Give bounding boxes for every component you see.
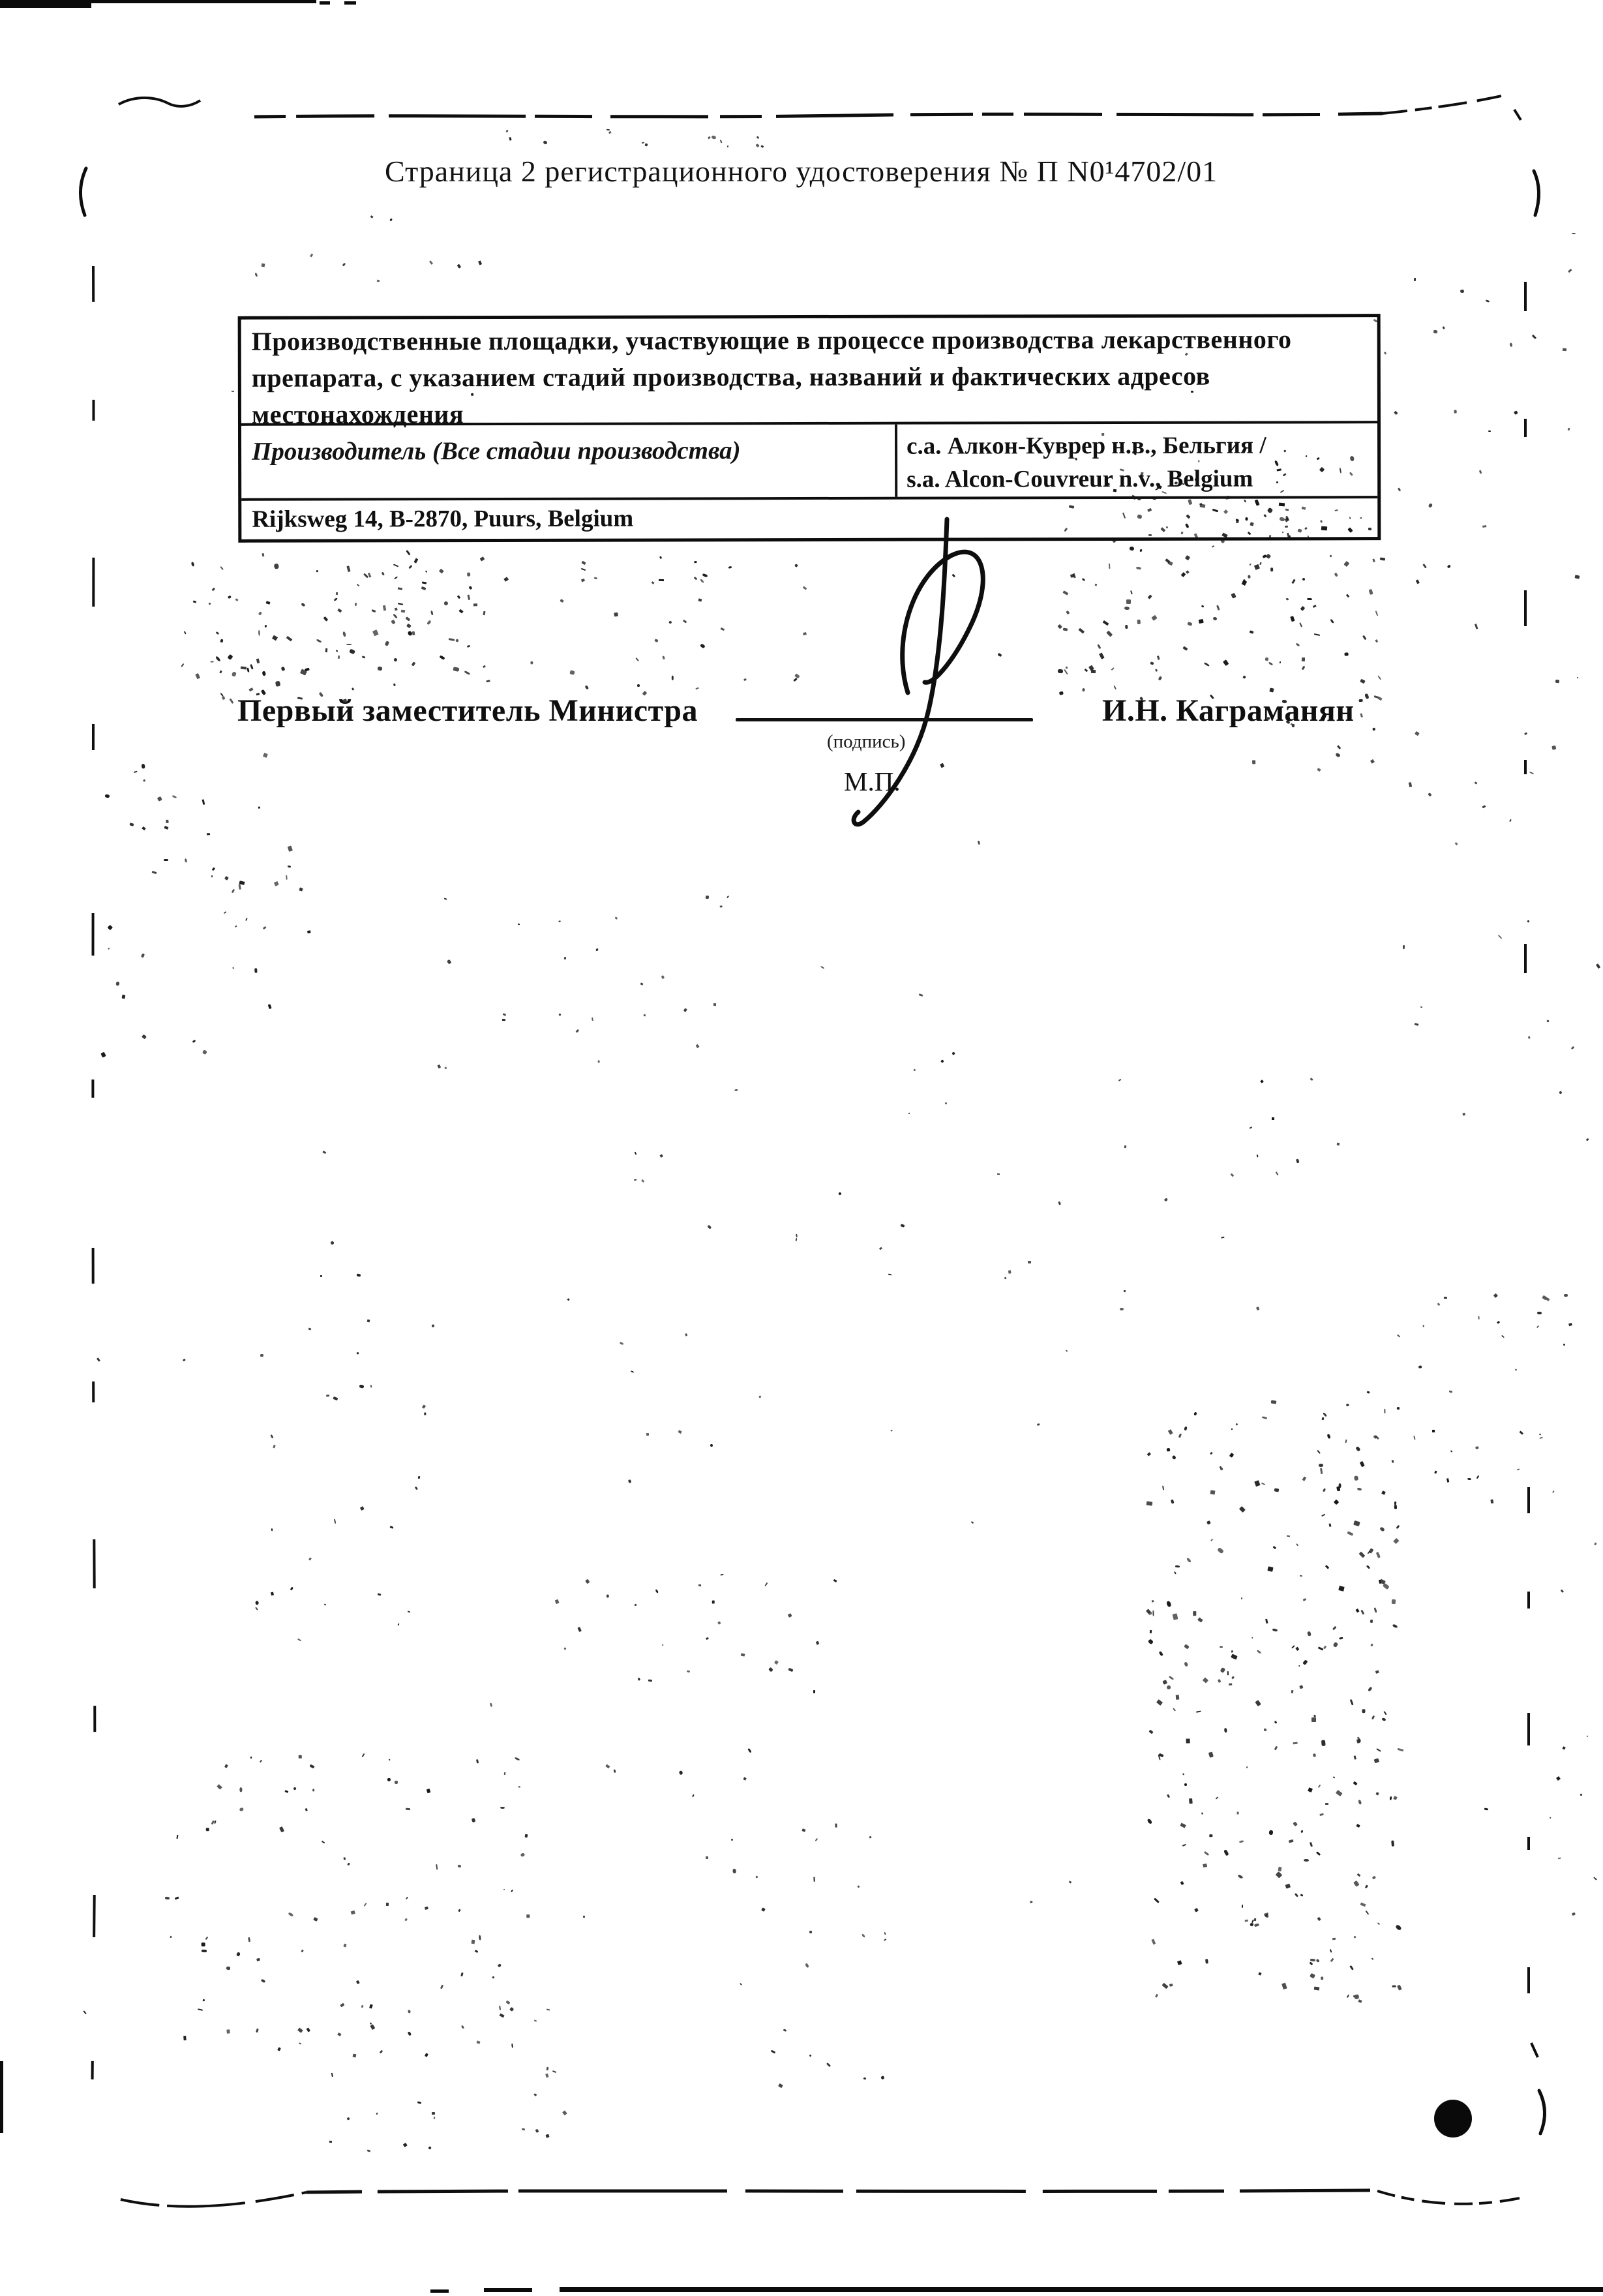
right-paren-mark: [1534, 171, 1539, 215]
signature-caption: (подпись): [827, 731, 905, 753]
bottom-margin-dashed-line: [307, 2190, 1376, 2192]
table-caption: Производственные площадки, участвующие в…: [241, 317, 1350, 423]
table-address-row: Rijksweg 14, B-2870, Puurs, Belgium: [241, 498, 1377, 539]
bottom-edge-dash: [484, 2288, 532, 2292]
seal-placeholder-label: М.П.: [844, 766, 901, 797]
bottom-right-paren-mark: [1539, 2091, 1545, 2134]
top-edge-bar: [0, 0, 91, 8]
producer-value-ru: с.а. Алкон-Куврер н.в., Бельгия /: [906, 429, 1372, 462]
bottom-right-slash-mark: [1531, 2043, 1538, 2057]
producer-value-en: s.a. Alcon-Couvreur n.v., Belgium: [906, 462, 1372, 496]
top-edge-dash: [320, 1, 330, 5]
top-margin-curve: [1383, 96, 1501, 113]
left-paren-mark: [80, 168, 86, 215]
left-edge-bar: [0, 2061, 3, 2133]
producer-label-cell: Производитель (Все стадии производства): [241, 425, 897, 498]
table-caption-row: Производственные площадки, участвующие в…: [241, 317, 1377, 426]
signer-name: И.Н. Каграманян: [1102, 693, 1354, 729]
top-left-squiggle: [119, 98, 200, 106]
producer-address: Rijksweg 14, B-2870, Puurs, Belgium: [241, 498, 1377, 539]
left-margin-dashed-line: [92, 266, 95, 2139]
bottom-edge-line: [560, 2287, 1603, 2292]
top-margin-dashed-line: [254, 113, 1383, 117]
ink-dot: [1434, 2100, 1472, 2137]
official-title: Первый заместитель Министра: [237, 693, 698, 729]
signature-loop: [903, 552, 983, 693]
page-title: Страница 2 регистрационного удостоверени…: [385, 154, 1218, 189]
bottom-left-curve: [121, 2192, 307, 2207]
producer-value-cell: с.а. Алкон-Куврер н.в., Бельгия / s.a. A…: [897, 423, 1377, 497]
top-right-tick: [1514, 110, 1521, 120]
top-edge-dash: [344, 1, 356, 5]
bottom-edge-dash: [430, 2289, 449, 2293]
table-producer-row: Производитель (Все стадии производства) …: [241, 423, 1377, 501]
bottom-right-dip-curve: [1377, 2191, 1520, 2204]
scanned-certificate-page: Страница 2 регистрационного удостоверени…: [0, 0, 1603, 2296]
production-sites-table: Производственные площадки, участвующие в…: [238, 314, 1381, 543]
signature-line: [736, 718, 1033, 721]
top-edge-bar-thin: [91, 0, 316, 3]
